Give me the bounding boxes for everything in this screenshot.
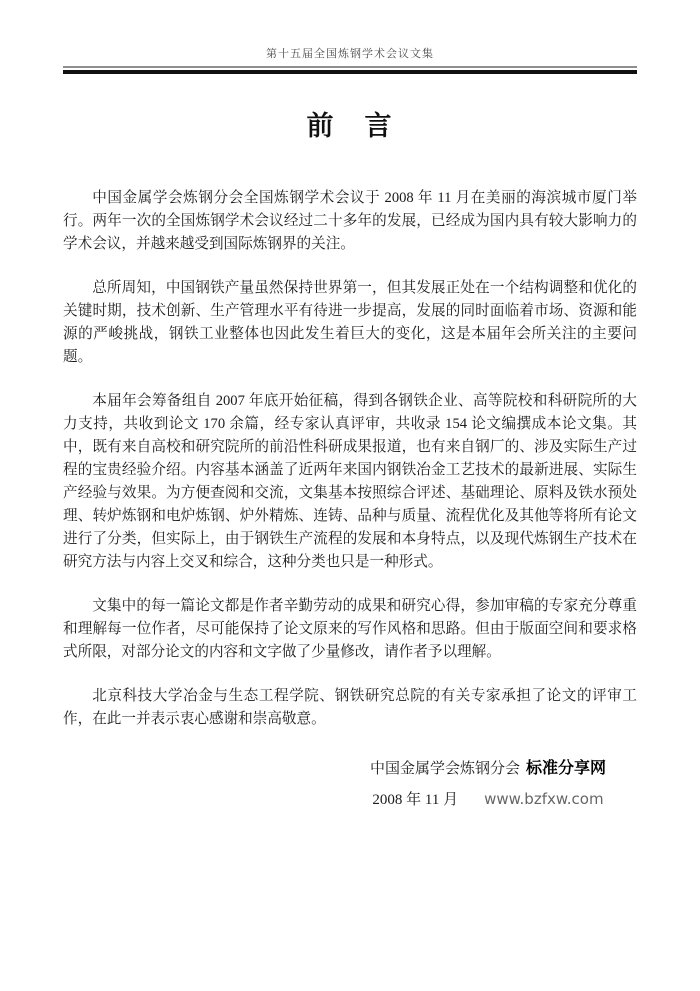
page-title: 前 言 [63,104,637,143]
paragraph: 文集中的每一篇论文都是作者辛勤劳动的成果和研究心得，参加审稿的专家充分尊重和理解… [63,595,637,664]
header-rule [63,66,637,74]
paragraph: 本届年会筹备组自 2007 年底开始征稿，得到各钢铁企业、高等院校和科研院所的大… [63,390,637,574]
signature-date-row: 2008 年 11 月www.bzfxw.com [370,784,606,815]
running-title: 第十五届全国炼钢学术会议文集 [63,0,637,61]
paragraph: 北京科技大学冶金与生态工程学院、钢铁研究总院的有关专家承担了论文的评审工作，在此… [63,685,637,731]
signature-org-row: 中国金属学会炼钢分会标准分享网 [370,754,606,784]
preface-body: 中国金属学会炼钢分会全国炼钢学术会议于 2008 年 11 月在美丽的海滨城市厦… [63,187,637,731]
signature-block: 中国金属学会炼钢分会标准分享网 2008 年 11 月www.bzfxw.com [370,754,606,815]
document-page: 第十五届全国炼钢学术会议文集 前 言 中国金属学会炼钢分会全国炼钢学术会议于 2… [0,0,700,991]
signature-date: 2008 年 11 月 [372,792,458,808]
paragraph: 中国金属学会炼钢分会全国炼钢学术会议于 2008 年 11 月在美丽的海滨城市厦… [63,187,637,256]
signature-watermark-url: www.bzfxw.com [484,790,603,808]
page-content: 第十五届全国炼钢学术会议文集 前 言 中国金属学会炼钢分会全国炼钢学术会议于 2… [63,0,637,815]
signature-watermark-name: 标准分享网 [526,760,606,777]
signature-org: 中国金属学会炼钢分会 [370,761,520,777]
paragraph: 总所周知，中国钢铁产量虽然保持世界第一，但其发展正处在一个结构调整和优化的关键时… [63,277,637,369]
